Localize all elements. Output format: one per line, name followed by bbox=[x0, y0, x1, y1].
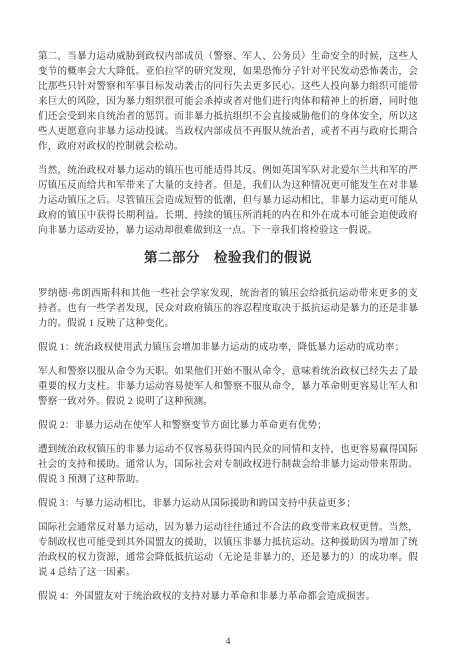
hypothesis-2: 假说 2：非暴力运动在使军人和警察变节方面比暴力革命更有优势； bbox=[38, 419, 418, 434]
document-page: 第二，当暴力运动威胁到政权内部成员（警察、军人、公务员）生命安全的时候，这些人变… bbox=[0, 0, 456, 667]
hypothesis-3: 假说 3：与暴力运动相比，非暴力运动从国际援助和跨国支持中获益更多； bbox=[38, 497, 418, 512]
hypothesis-4: 假说 4：外国盟友对于统治政权的支持对暴力革命和非暴力革命都会造成损害。 bbox=[38, 590, 418, 605]
body-paragraph-6: 国际社会通常反对暴力运动，因为暴力运动往往通过不合法的政变带来政权更替。当然，专… bbox=[38, 521, 418, 581]
body-paragraph-1: 第二，当暴力运动威胁到政权内部成员（警察、军人、公务员）生命安全的时候，这些人变… bbox=[38, 50, 418, 155]
body-paragraph-4: 军人和警察以服从命令为天职。如果他们开始不服从命令，意味着统治政权已经失去了最重… bbox=[38, 365, 418, 410]
section-heading: 第二部分 检验我们的假说 bbox=[38, 249, 418, 267]
page-number: 4 bbox=[0, 636, 456, 648]
body-paragraph-5: 遭到统治政权镇压的非暴力运动不仅容易获得国内民众的同情和支持，也更容易赢得国际社… bbox=[38, 443, 418, 488]
hypothesis-1: 假说 1：统治政权使用武力镇压会增加非暴力运动的成功率，降低暴力运动的成功率； bbox=[38, 341, 418, 356]
page-content: 第二，当暴力运动威胁到政权内部成员（警察、军人、公务员）生命安全的时候，这些人变… bbox=[38, 50, 418, 614]
body-paragraph-3: 罗纳德·弗朗西斯科和其他一些社会学家发现，统治者的镇压会给抵抗运动带来更多的支持… bbox=[38, 287, 418, 332]
body-paragraph-2: 当然，统治政权对暴力运动的镇压也可能适得其反。例如英国军队对北爱尔兰共和军的严厉… bbox=[38, 164, 418, 239]
